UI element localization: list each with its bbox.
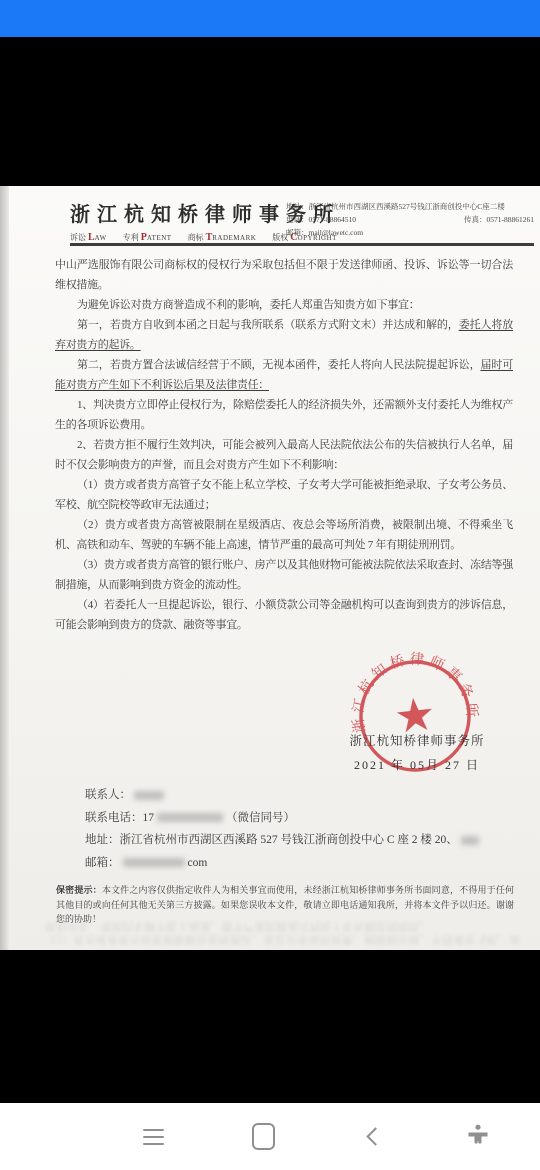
status-bar [0,0,540,37]
list-item: （1）贵方或者贵方高管子女不能上私立学校、子女考大学可能被拒绝录取、子女考公务员… [55,475,513,515]
person-icon [466,1124,490,1150]
recents-button[interactable] [241,1103,285,1170]
paragraph: 第一，若贵方自收到本函之日起与我所联系（联系方式附文末）并达成和解的，委托人将放… [55,315,513,355]
letterhead-divider [70,243,534,246]
document-photo[interactable]: 浙江杭知桥律师事务所 诉讼 LAW 专利 PATENT 商标 TRADEMARK… [0,186,540,950]
letterhead-fax: 传真：0571-88861261 [464,213,534,226]
letterboxing-top [0,37,540,186]
back-icon [366,1127,384,1145]
menu-button[interactable] [131,1103,175,1170]
navigation-bar [0,1103,540,1170]
redacted-phone [157,813,223,822]
letterboxing-bottom [0,950,540,1103]
page-edge-shadow [0,186,9,950]
redacted-name [134,791,164,800]
list-item: 2、若贵方拒不履行生效判决，可能会被列入最高人民法院依法公布的失信被执行人名单，… [55,435,513,475]
paragraph: 中山严选服饰有限公司商标权的侵权行为采取包括但不限于发送律师函、投诉、诉讼等一切… [55,255,513,295]
contact-person: 联系人： [85,784,500,807]
assistant-button[interactable] [456,1103,500,1170]
contact-address: 地址：浙江省杭州市西湖区西溪路 527 号钱江浙商创投中心 C 座 2 楼 20… [85,829,500,852]
menu-icon [143,1129,164,1145]
list-item: （2）贵方或者贵方高管被限制在星级酒店、夜总会等场所消费，被限制出境、不得乘坐飞… [55,515,513,555]
redacted-address-tail [461,836,479,845]
letterhead-contact: 地址：浙江省杭州市西湖区西溪路527号钱江浙商创投中心C座二楼 电话：0571-… [286,200,534,239]
letterhead-phone: 电话：0571-88864510 [286,213,356,226]
signature-block: 浙江杭知桥律师事务所 2021 年 05月 27 日 [338,731,496,773]
service-trademark: 商标 TRADEMARK [188,232,257,243]
paragraph: 第二，若贵方置合法诚信经营于不顾，无视本函件，委托人将向人民法院提起诉讼，届时可… [55,355,513,395]
letter-body: 中山严选服饰有限公司商标权的侵权行为采取包括但不限于发送律师函、投诉、诉讼等一切… [55,255,513,635]
recents-icon [252,1123,275,1150]
service-litigation: 诉讼 LAW [70,232,107,243]
contact-phone: 联系电话：17（微信同号） [85,807,500,830]
redacted-email [123,858,185,867]
phone-screen: 浙江杭知桥律师事务所 诉讼 LAW 专利 PATENT 商标 TRADEMARK… [0,0,540,1170]
letterhead-address: 地址：浙江省杭州市西湖区西溪路527号钱江浙商创投中心C座二楼 [286,200,534,213]
signature-date: 2021 年 05月 27 日 [338,756,496,773]
list-item: （4）若委托人一旦提起诉讼，银行、小额贷款公司等金融机构可以查询到贵方的涉诉信息… [55,595,513,635]
paragraph: 为避免诉讼对贵方商誉造成不利的影响，委托人郑重告知贵方如下事宜： [55,295,513,315]
list-item: 1、判决贵方立即停止侵权行为，除赔偿委托人的经济损失外，还需额外支付委托人为维权… [55,395,513,435]
contact-email: 邮箱：com [85,852,500,875]
letterhead-email: 邮箱：mail@lawetc.com [286,226,534,239]
service-patent: 专利 PATENT [123,232,172,243]
signature-firm: 浙江杭知桥律师事务所 [338,731,496,749]
contact-block: 联系人： 联系电话：17（微信同号） 地址：浙江省杭州市西湖区西溪路 527 号… [85,784,500,874]
back-button[interactable] [351,1103,395,1170]
list-item: （3）贵方或者贵方高管的银行账户、房产以及其他财物可能被法院依法采取查封、冻结等… [55,555,513,595]
letterhead: 浙江杭知桥律师事务所 诉讼 LAW 专利 PATENT 商标 TRADEMARK… [70,198,534,243]
notice-label: 保密提示： [56,885,102,895]
page-show-through: （2）贵方或者贵方高管被限制在星级酒店、夜总会等场所消费，被限制出境、不得乘坐飞… [45,918,520,945]
